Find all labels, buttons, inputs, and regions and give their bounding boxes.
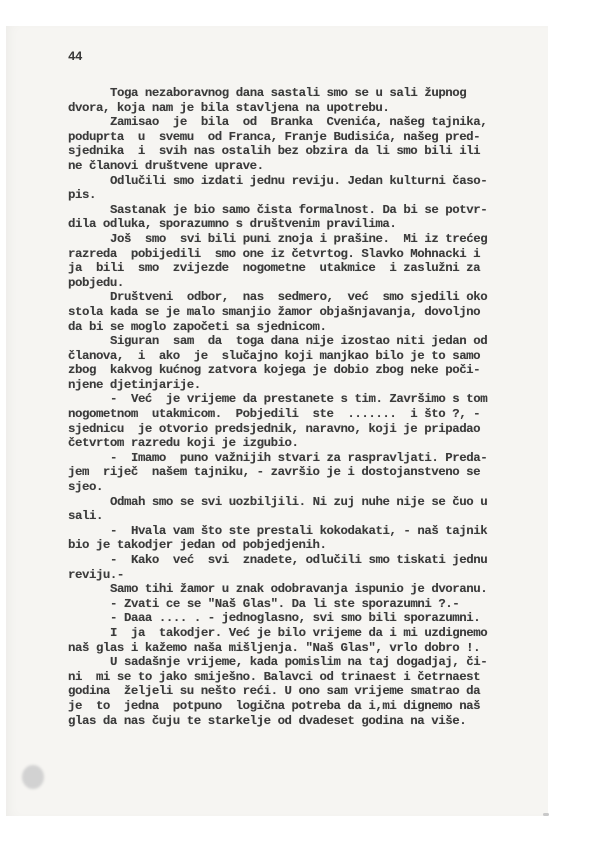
scan-speck bbox=[543, 813, 549, 816]
text-line: njene djetinjarije. bbox=[68, 378, 542, 393]
text-line: Odmah smo se svi uozbiljili. Ni zuj nuhe… bbox=[68, 495, 542, 510]
text-line: zbog kakvog kućnog zatvora kojega je dob… bbox=[68, 363, 542, 378]
text-line: jem riječ našem tajniku, - završio je i … bbox=[68, 465, 542, 480]
text-line: poduprta u svemu od Franca, Franje Budis… bbox=[68, 130, 542, 145]
text-line: pis. bbox=[68, 188, 542, 203]
text-line: dvora, koja nam je bila stavljena na upo… bbox=[68, 101, 542, 116]
typewritten-text-body: Toga nezaboravnog dana sastali smo se u … bbox=[68, 86, 542, 728]
text-line: naš glas i kažemo naša mišljenja. "Naš G… bbox=[68, 641, 542, 656]
text-line: sjeo. bbox=[68, 480, 542, 495]
text-line: sjednicu je otvorio predsjednik, naravno… bbox=[68, 422, 542, 437]
text-line: Još smo svi bili puni znoja i prašine. M… bbox=[68, 232, 542, 247]
text-line: - Daaa .... . - jednoglasno, svi smo bil… bbox=[68, 611, 542, 626]
text-line: - Zvati ce se "Naš Glas". Da li ste spor… bbox=[68, 597, 542, 612]
text-line: je to jedna potpuno logična potreba da i… bbox=[68, 699, 542, 714]
text-line: Odlučili smo izdati jednu reviju. Jedan … bbox=[68, 174, 542, 189]
text-line: reviju.- bbox=[68, 568, 542, 583]
text-line: ne članovi društvene uprave. bbox=[68, 159, 542, 174]
text-line: sali. bbox=[68, 509, 542, 524]
scan-hole-mark bbox=[22, 765, 44, 789]
text-line: četvrtom razredu koji je izgubio. bbox=[68, 436, 542, 451]
text-line: - Imamo puno važnijih stvari za raspravl… bbox=[68, 451, 542, 466]
text-line: - Već je vrijeme da prestanete s tim. Za… bbox=[68, 392, 542, 407]
text-line: dila odluka, sporazumno s društvenim pra… bbox=[68, 217, 542, 232]
text-line: glas da nas čuju te starkelje od dvadese… bbox=[68, 714, 542, 729]
text-line: I ja takodjer. Već je bilo vrijeme da i … bbox=[68, 626, 542, 641]
text-line: Društveni odbor, nas sedmero, već smo sj… bbox=[68, 290, 542, 305]
text-line: godina željeli su nešto reći. U ono sam … bbox=[68, 684, 542, 699]
text-line: Samo tihi žamor u znak odobravanja ispun… bbox=[68, 582, 542, 597]
text-line: Toga nezaboravnog dana sastali smo se u … bbox=[68, 86, 542, 101]
text-line: bio je takodjer jedan od pobjedjenih. bbox=[68, 538, 542, 553]
text-line: U sadašnje vrijeme, kada pomislim na taj… bbox=[68, 655, 542, 670]
text-line: pobjedu. bbox=[68, 276, 542, 291]
text-line: razreda pobijedili smo one iz četvrtog. … bbox=[68, 247, 542, 262]
text-line: sjednika i svih nas ostalih bez obzira d… bbox=[68, 144, 542, 159]
text-line: ni mi se to jako smiješno. Balavci od tr… bbox=[68, 670, 542, 685]
text-line: Siguran sam da toga dana nije izostao ni… bbox=[68, 334, 542, 349]
text-line: - Kako već svi znadete, odlučili smo tis… bbox=[68, 553, 542, 568]
text-line: - Hvala vam što ste prestali kokodakati,… bbox=[68, 524, 542, 539]
text-line: Sastanak je bio samo čista formalnost. D… bbox=[68, 203, 542, 218]
text-line: stola kada se je malo smanjio žamor obja… bbox=[68, 305, 542, 320]
page-number: 44 bbox=[68, 50, 82, 64]
text-line: Zamisao je bila od Branka Cvenića, našeg… bbox=[68, 115, 542, 130]
text-line: nogometnom utakmicom. Pobjedili ste ....… bbox=[68, 407, 542, 422]
text-line: da bi se moglo započeti sa sjednicom. bbox=[68, 320, 542, 335]
text-line: članova, i ako je slučajno koji manjkao … bbox=[68, 349, 542, 364]
text-line: ja bili smo zvijezde nogometne utakmice … bbox=[68, 261, 542, 276]
